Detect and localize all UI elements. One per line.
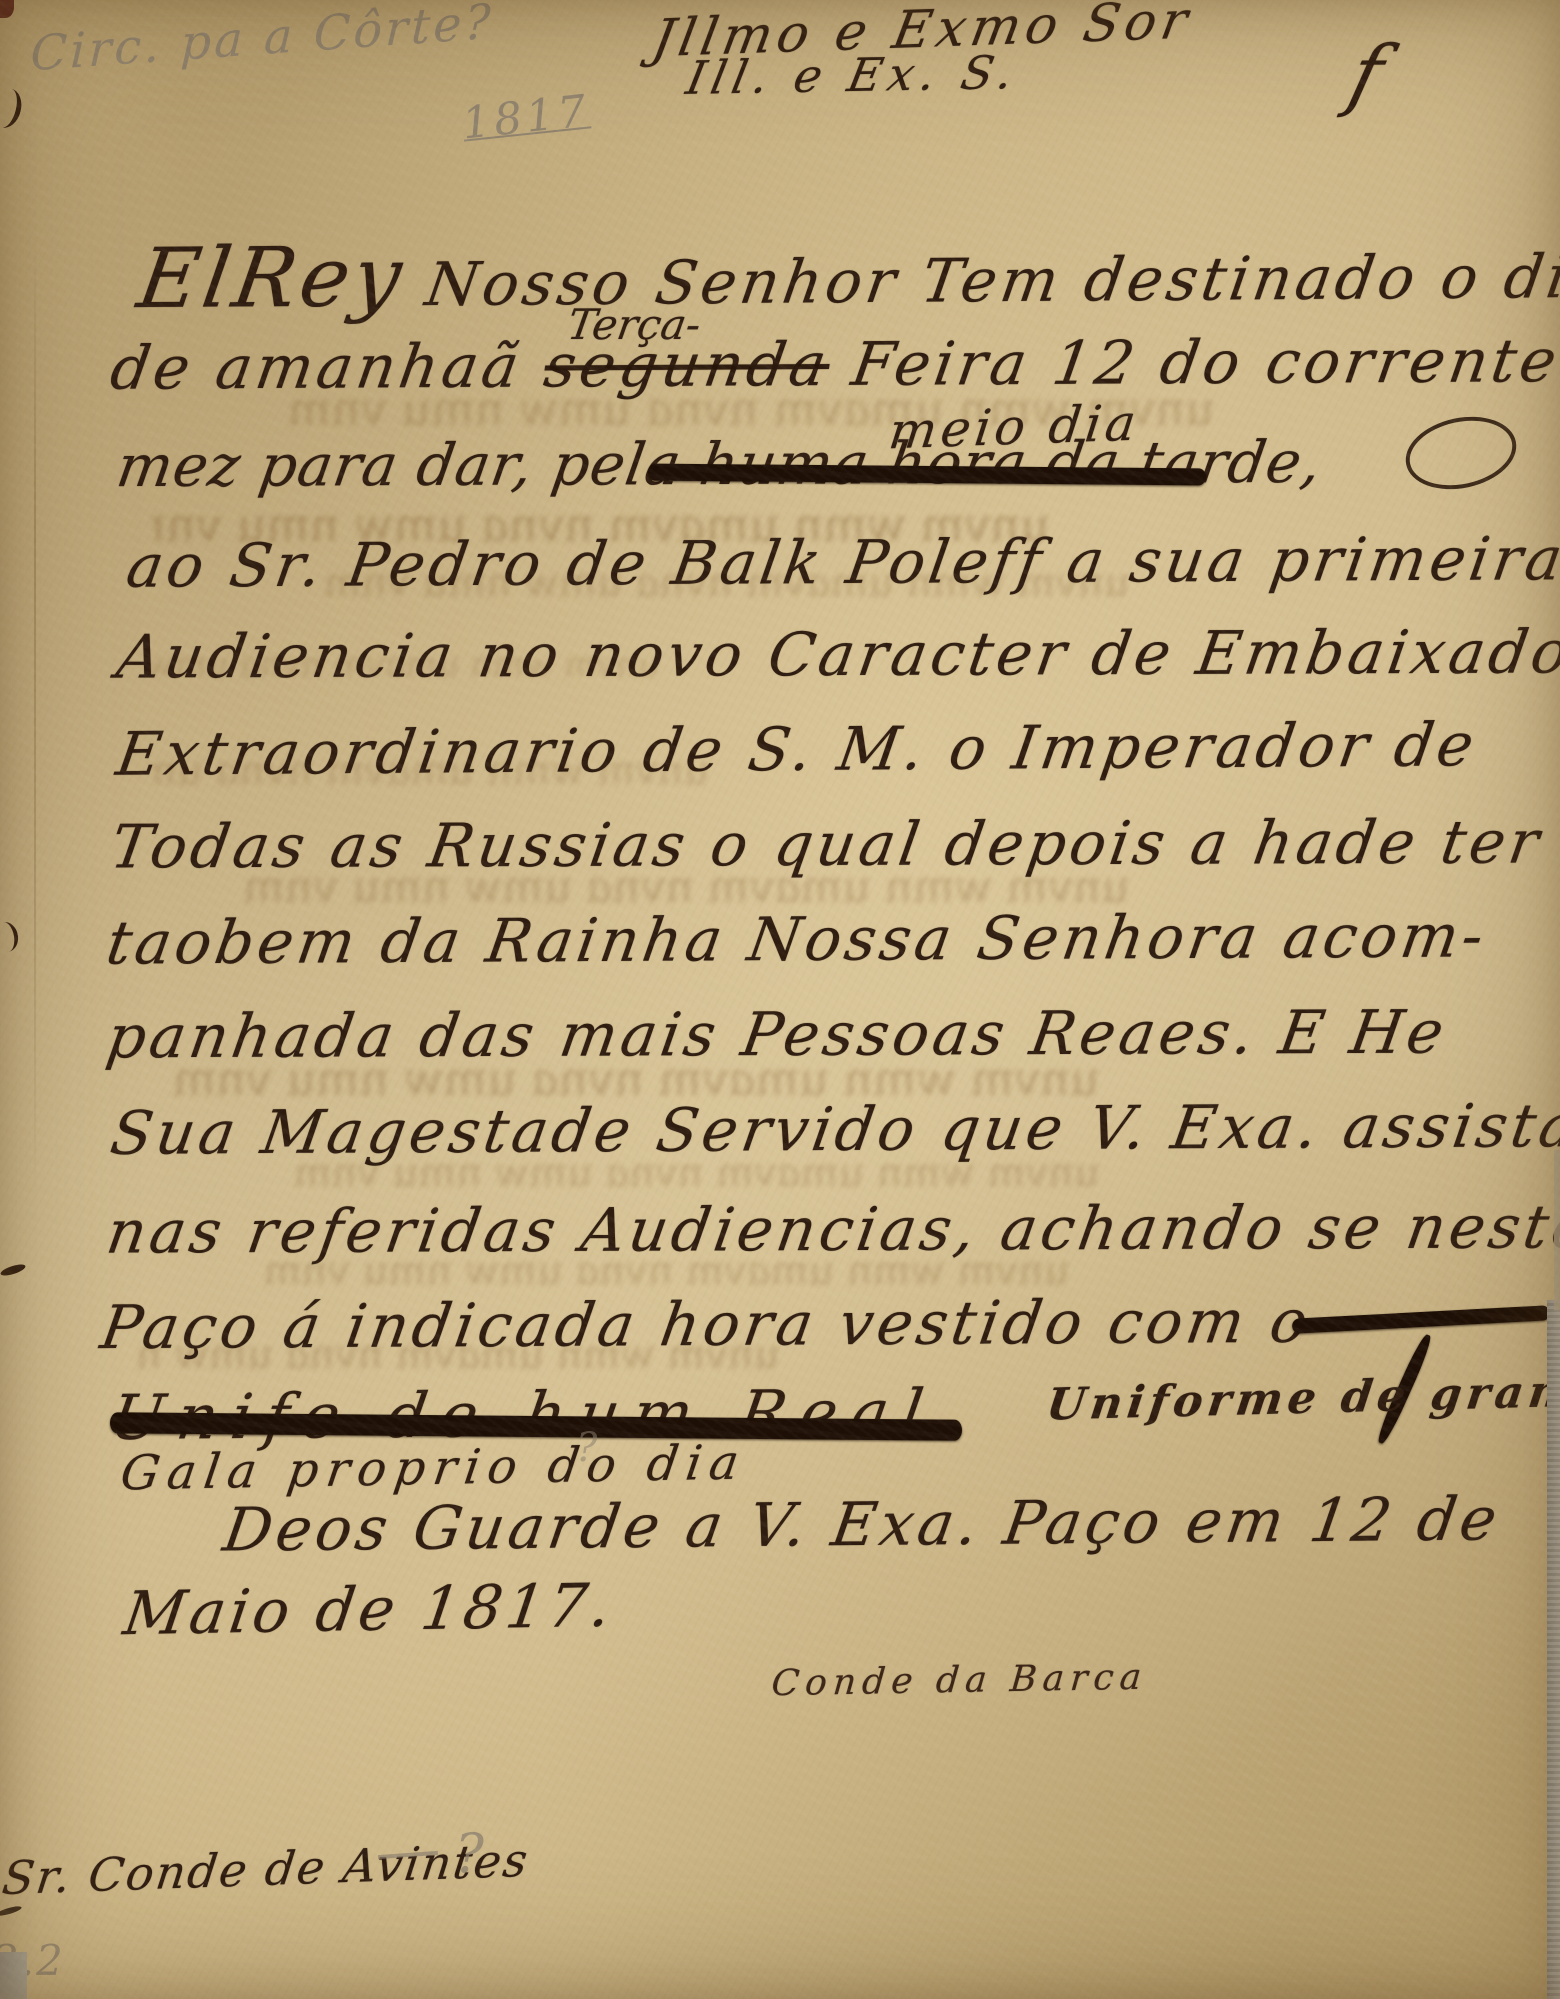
body-line-9: panhada das mais Pessoas Reaes. E He: [102, 998, 1452, 1073]
corner-ink-speck: [0, 0, 14, 18]
body-line-5: Audiencia no novo Caracter de Embaixador: [112, 617, 1560, 692]
edge-ink-mark: [0, 1262, 27, 1278]
binding-strip-edge: [1554, 1150, 1560, 1310]
edge-ink-mark: [0, 85, 25, 131]
paper-crease: [34, 240, 36, 1190]
binding-strip: [1547, 1300, 1560, 1999]
ink-flourish-loop: [1399, 407, 1523, 499]
body-line-6: Extraordinario de S. M. o Imperador de: [112, 710, 1482, 789]
inserted-phrase-meio-dia: meio dia: [886, 394, 1143, 461]
signature: Conde da Barca: [770, 1657, 1149, 1705]
body-line-1: ElRey Nosso Senhor Tem destinado o dia: [132, 220, 1560, 327]
body-line-4: ao Sr. Pedro de Balk Poleff a sua primei…: [122, 524, 1560, 602]
question-mark-pencil: ?: [455, 1822, 484, 1885]
body-line-3-pre: mez para dar, pela: [112, 430, 706, 500]
body-line-8: taobem da Rainha Nossa Senhora acom-: [102, 901, 1492, 978]
corner-patch: [0, 1952, 27, 1999]
body-line-1-lead: ElRey: [132, 228, 412, 327]
edge-ink-mark: [0, 920, 20, 954]
question-mark-pencil: ?: [576, 1425, 597, 1471]
inserted-phrase-uniforme-grande: Uniforme de grande: [1044, 1364, 1560, 1430]
edge-ink-mark: [0, 1905, 22, 1918]
body-line-10: Sua Magestade Servido que V. Exa. assist…: [106, 1091, 1560, 1169]
salutation-line-2: Ill. e Ex. S.: [682, 45, 1024, 105]
body-line-2-pre: de amanhaã: [106, 332, 550, 404]
closing-line: Deos Guarde a V. Exa. Paço em 12 de: [219, 1484, 1505, 1565]
body-line-11: nas referidas Audiencias, achando se nes…: [102, 1192, 1560, 1267]
ink-strikethrough-bar: [1292, 1305, 1550, 1333]
addressee-line: Sr. Conde de Avintes: [0, 1833, 532, 1905]
inserted-word-terca: Terça-: [564, 300, 704, 349]
ink-flourish: f: [1341, 30, 1392, 120]
archival-note-pencil: Circ. pa a Côrte?: [30, 0, 495, 82]
body-line-12: Paço á indicada hora vestido com o: [96, 1287, 1316, 1363]
manuscript-page: unvm wmn umavm nvna umw nmu vnm unvm wmn…: [0, 0, 1560, 1999]
year-pencil: 1817: [460, 85, 593, 149]
body-line-2-post: Feira 12 do corrente: [824, 326, 1560, 400]
body-line-7: Todas as Russias o qual depois a hade te…: [106, 808, 1547, 883]
date-line: Maio de 1817.: [119, 1571, 618, 1650]
body-line-2: de amanhaã segunda Feira 12 do corrente: [106, 326, 1560, 404]
